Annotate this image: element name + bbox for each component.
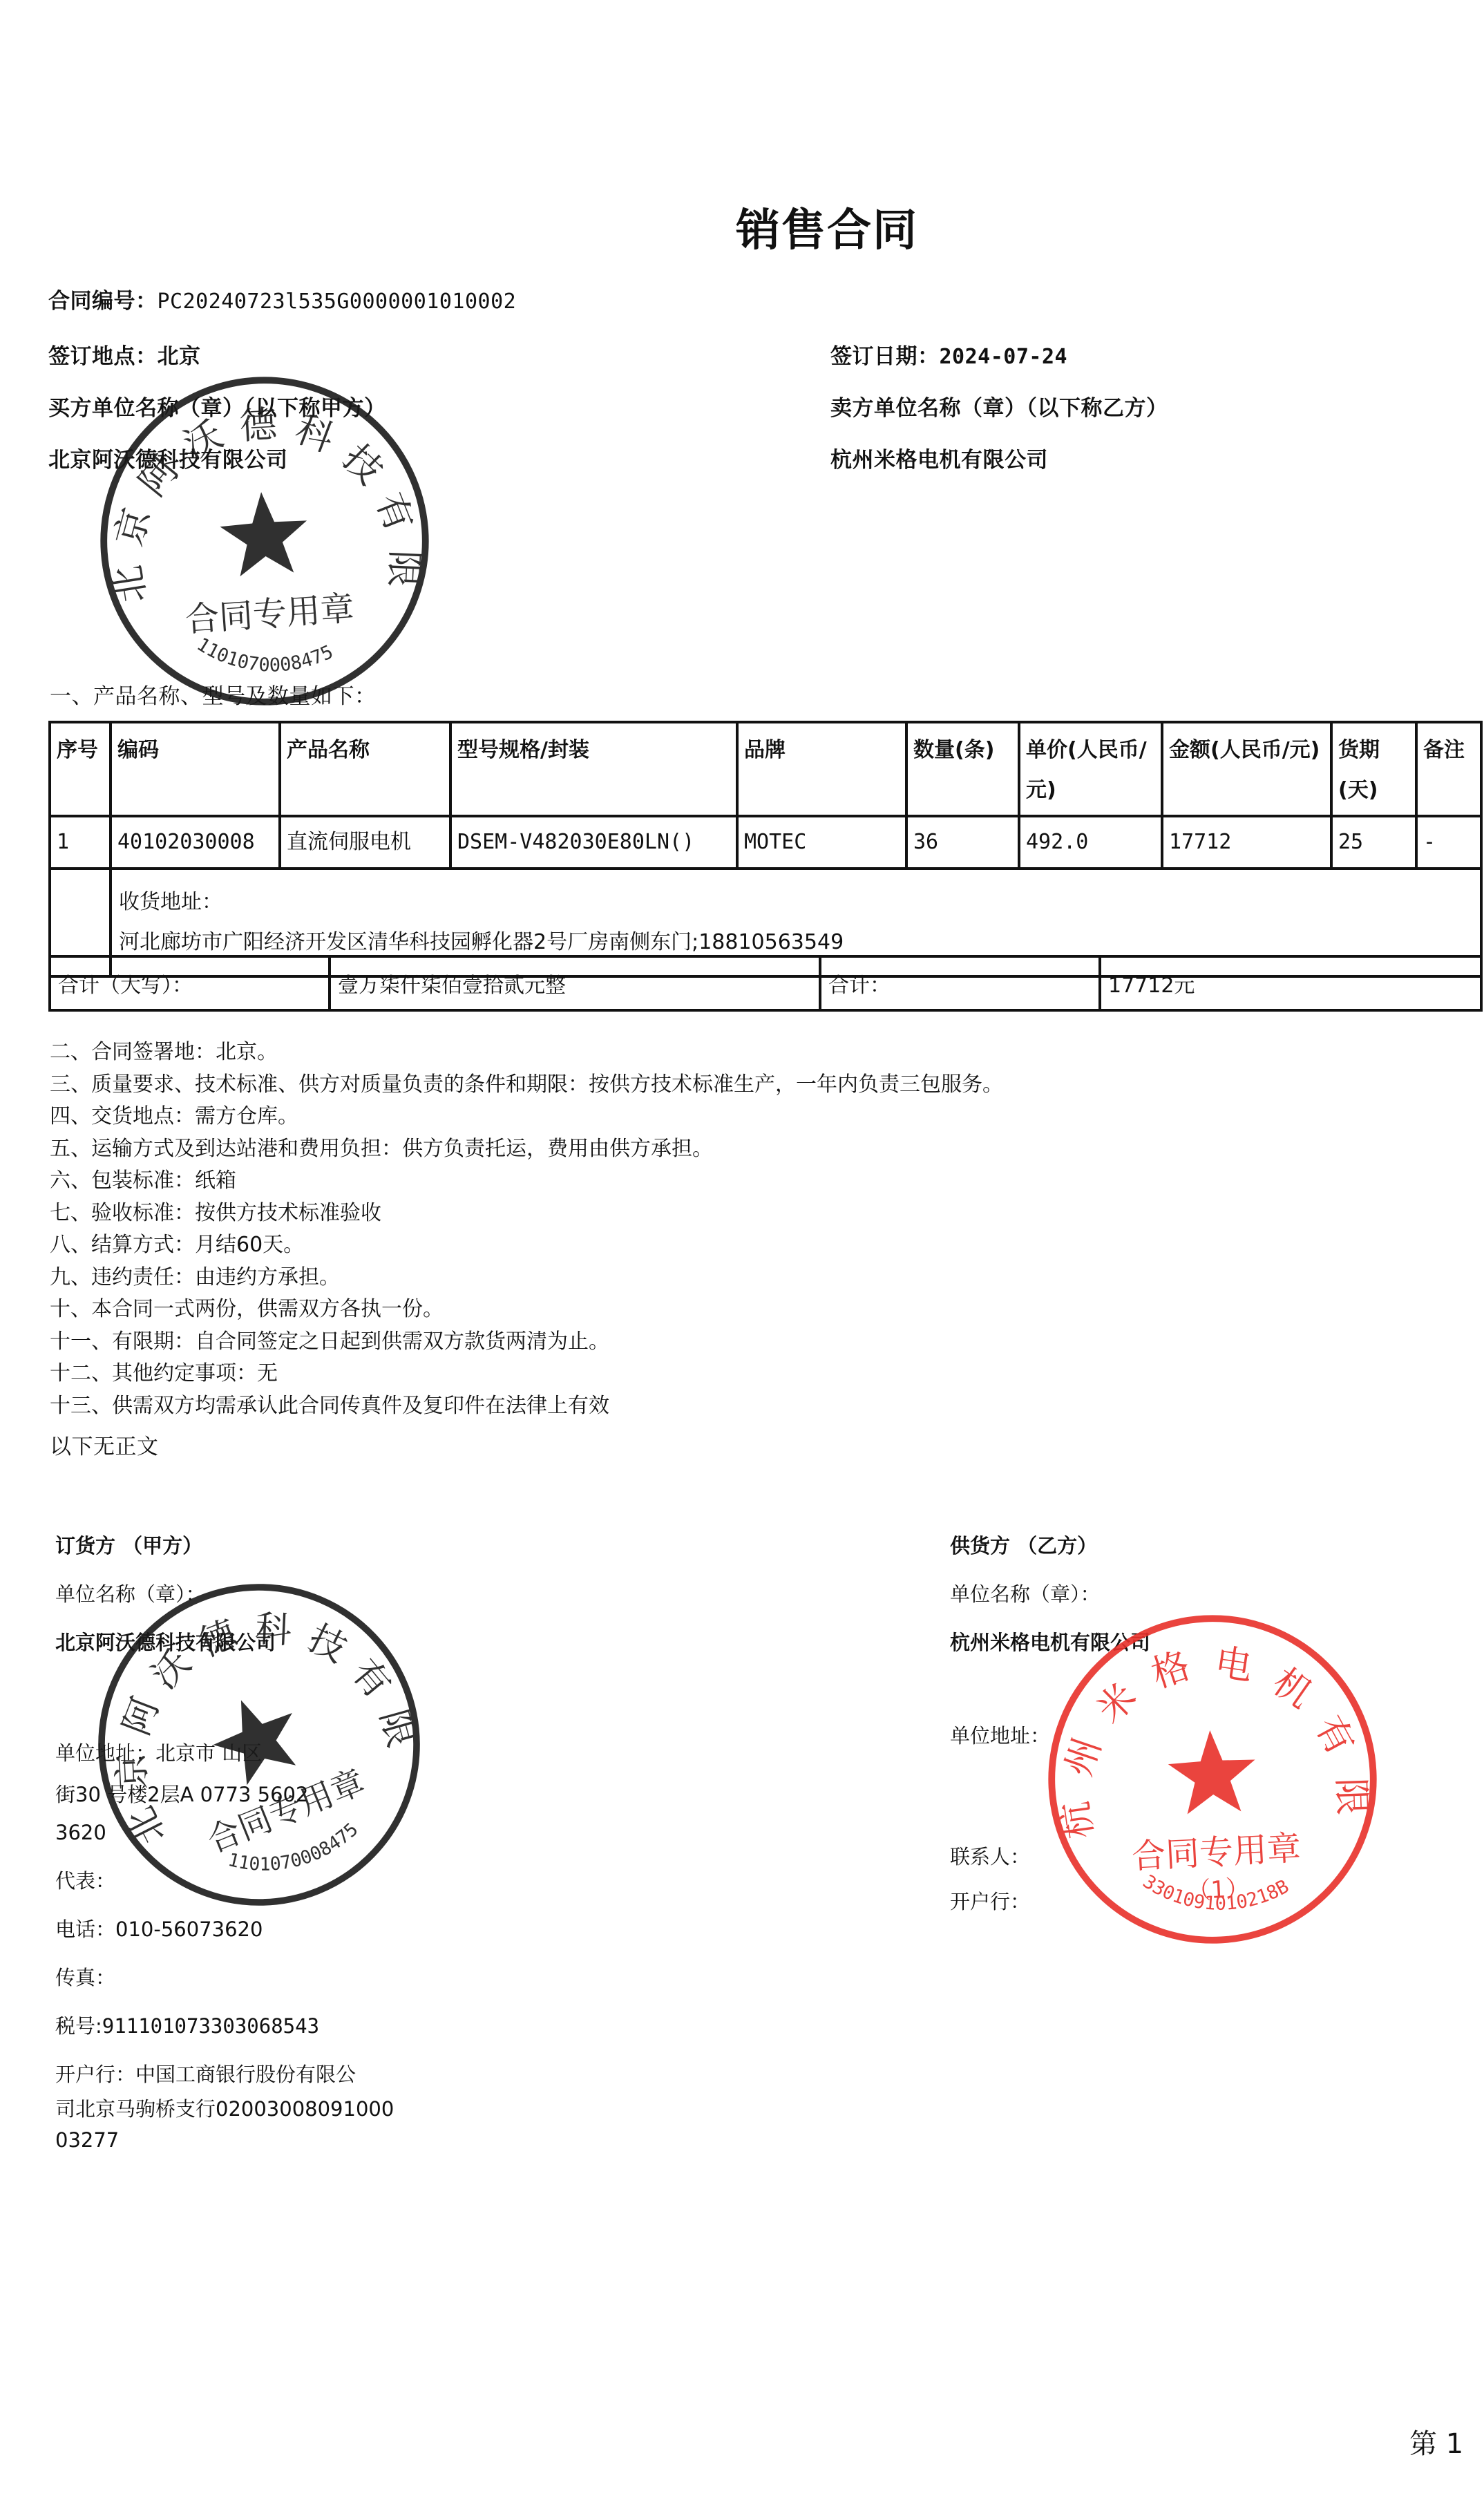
sign-date: 签订日期：2024-07-24 <box>830 339 1067 370</box>
total-table: 合计（大写）： 壹万柒仟柒佰壹拾贰元整 合计： 17712元 <box>48 955 1483 1012</box>
contract-title: 销售合同 <box>736 195 918 258</box>
total-row: 合计（大写）： 壹万柒仟柒佰壹拾贰元整 合计： 17712元 <box>50 956 1481 1010</box>
buyer-bank-line3: 03277 <box>55 2128 119 2152</box>
seller-block-heading: 供货方 （乙方） <box>950 1531 1097 1559</box>
seller-name: 杭州米格电机有限公司 <box>830 442 1048 473</box>
cell-brand: MOTEC <box>737 816 906 869</box>
clause-item: 十二、其他约定事项：无 <box>50 1358 1003 1390</box>
buyer-phone-label: 电话： <box>55 1918 115 1941</box>
header-cell: 型号规格/封装 <box>450 722 737 816</box>
clause-item: 四、交货地点：需方仓库。 <box>50 1101 1003 1133</box>
header-cell: 产品名称 <box>280 722 450 816</box>
clause-item: 十、本合同一式两份，供需双方各执一份。 <box>50 1294 1003 1326</box>
cell-quantity: 36 <box>906 816 1019 869</box>
svg-text:合同专用章: 合同专用章 <box>1131 1828 1302 1877</box>
cell-product-name: 直流伺服电机 <box>280 816 450 869</box>
seller-address-label: 单位地址： <box>950 1721 1050 1749</box>
contract-number: 合同编号：PC20240723l535G0000001010002 <box>48 283 516 314</box>
table-header-row: 序号 编码 产品名称 型号规格/封装 品牌 数量(条) 单价(人民币/元) 金额… <box>50 722 1481 816</box>
total-upper-label: 合计（大写）： <box>50 956 330 1010</box>
buyer-representative-label: 代表： <box>55 1866 115 1894</box>
sign-place: 签订地点：北京 <box>48 339 201 370</box>
buyer-tax: 税号:91110107330306854З <box>55 2011 319 2039</box>
sign-date-label: 签订日期： <box>830 344 940 369</box>
cell-index: 1 <box>50 816 111 869</box>
seller-label: 卖方单位名称（章）（以下称乙方） <box>830 390 1168 422</box>
contract-number-label: 合同编号： <box>48 289 158 314</box>
svg-text:北京阿沃德科技有限公司: 北京阿沃德科技有限公司 <box>84 361 430 613</box>
cell-lead-time: 25 <box>1331 816 1416 869</box>
buyer-bank-line1: 中国工商银行股份有限公 <box>135 2063 356 2086</box>
cell-model: DSEM-V482030E80LN() <box>450 816 737 869</box>
clause-item: 三、质量要求、技术标准、供方对质量负责的条件和期限：按供方技术标准生产，一年内负… <box>50 1069 1003 1101</box>
buyer-stamp-top: 北京阿沃德科技有限公司合同专用章1101070008475 <box>84 361 446 722</box>
sign-place-value: 北京 <box>158 344 201 369</box>
end-note: 以下无正文 <box>50 1429 159 1460</box>
clause-item: 九、违约责任：由违约方承担。 <box>50 1262 1003 1294</box>
header-cell: 货期(天) <box>1331 722 1416 816</box>
header-cell: 编码 <box>111 722 280 816</box>
svg-text:合同专用章: 合同专用章 <box>184 589 355 640</box>
table-row: 1 40102030008 直流伺服电机 DSEM-V482030E80LN()… <box>50 816 1481 869</box>
total-upper-value: 壹万柒仟柒佰壹拾贰元整 <box>330 956 820 1010</box>
svg-text:杭州米格电机有限公司: 杭州米格电机有限公司 <box>1031 1601 1376 1843</box>
buyer-tax-value: 91110107330306854З <box>102 2014 319 2038</box>
cell-amount: 17712 <box>1162 816 1331 869</box>
clause-item: 六、包装标准：纸箱 <box>50 1165 1003 1198</box>
header-cell: 单价(人民币/元) <box>1019 722 1162 816</box>
header-cell: 金额(人民币/元) <box>1162 722 1331 816</box>
seller-unit-name-label: 单位名称（章）： <box>950 1579 1101 1607</box>
buyer-bank-label: 开户行： <box>55 2063 135 2086</box>
seller-bank-label: 开户行： <box>950 1886 1030 1915</box>
buyer-bank-line2: 司北京马驹桥支行02003008091000 <box>55 2094 394 2122</box>
contract-clauses: 二、合同签署地：北京。 三、质量要求、技术标准、供方对质量负责的条件和期限：按供… <box>50 1036 1003 1422</box>
buyer-bank: 开户行：中国工商银行股份有限公 <box>55 2059 356 2088</box>
cell-code: 40102030008 <box>111 816 280 869</box>
header-cell: 品牌 <box>737 722 906 816</box>
clause-item: 十一、有限期：自合同签定之日起到供需双方款货两清为止。 <box>50 1326 1003 1359</box>
page-number: 第 1 <box>1409 2422 1463 2461</box>
header-cell: 备注 <box>1416 722 1481 816</box>
seller-stamp: 杭州米格电机有限公司合同专用章（1）3301091010218B <box>1031 1601 1394 1957</box>
clause-item: 八、结算方式：月结60天。 <box>50 1229 1003 1262</box>
header-cell: 序号 <box>50 722 111 816</box>
items-table: 序号 编码 产品名称 型号规格/封装 品牌 数量(条) 单价(人民币/元) 金额… <box>48 721 1483 978</box>
total-value: 17712元 <box>1100 956 1481 1010</box>
clause-item: 五、运输方式及到达站港和费用负担：供方负责托运，费用由供方承担。 <box>50 1133 1003 1166</box>
clause-item: 七、验收标准：按供方技术标准验收 <box>50 1198 1003 1230</box>
contract-number-value: PC20240723l535G0000001010002 <box>158 290 517 314</box>
buyer-block-heading: 订货方 （甲方） <box>55 1531 202 1559</box>
clause-item: 十三、供需双方均需承认此合同传真件及复印件在法律上有效 <box>50 1390 1003 1423</box>
delivery-address-label: 收货地址： <box>119 882 1473 922</box>
header-cell: 数量(条) <box>906 722 1019 816</box>
clause-item: 二、合同签署地：北京。 <box>50 1036 1003 1069</box>
total-label: 合计： <box>820 956 1100 1010</box>
seller-contact-label: 联系人： <box>950 1842 1030 1870</box>
buyer-address-line3: 3620 <box>55 1821 106 1844</box>
buyer-tax-label: 税号: <box>55 2014 102 2038</box>
sign-date-value: 2024-07-24 <box>940 345 1068 369</box>
cell-remark: - <box>1416 816 1481 869</box>
cell-unit-price: 492.0 <box>1019 816 1162 869</box>
buyer-fax-label: 传真： <box>55 1962 115 1991</box>
sign-place-label: 签订地点： <box>48 344 158 369</box>
